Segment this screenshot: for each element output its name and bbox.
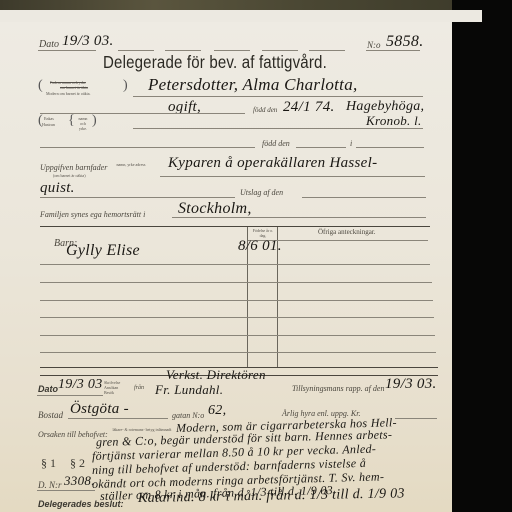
- blank-line: [309, 50, 345, 51]
- spouse-label-name: namn och yrke.: [76, 116, 90, 131]
- spouse-born-label: född den: [262, 139, 290, 148]
- blank-line: [40, 147, 255, 148]
- table-row: [40, 300, 433, 301]
- born-date: 24/1 74.: [283, 99, 335, 116]
- spouse-label: Hustrun: [42, 122, 55, 127]
- birthplace-county: Kronob. l.: [366, 113, 422, 129]
- inspector-report-date: 19/3 03.: [385, 376, 437, 393]
- number-label: N:o: [367, 40, 381, 50]
- child-name: Gylly Elise: [66, 242, 140, 260]
- paper-edge: [0, 10, 482, 22]
- dato-value: 19/3 03.: [62, 33, 114, 50]
- residence-label: Familjen synes ega hemortsrätt i: [40, 210, 145, 219]
- table-row: [40, 264, 430, 265]
- child-born: 8/6 01.: [238, 238, 282, 255]
- father-value-cont: quist.: [40, 180, 75, 197]
- reason-label-paren: läkare- & rotemans- betyg inlämnadt: [112, 427, 172, 432]
- spouse-place-label: i: [350, 139, 352, 148]
- blank-line: [40, 197, 235, 198]
- utslag-label: Utslag af den: [240, 188, 283, 197]
- street-no-label: gatan N:o: [172, 411, 204, 420]
- letter-type-label: Skrifvelse Ansökan Besök: [104, 380, 126, 395]
- paragraph-1: § 1: [41, 456, 56, 471]
- father-label-note: (om barnet är oäkta): [53, 173, 86, 178]
- mother-label: Modern om barnet är oäkta.: [46, 91, 91, 96]
- blank-line: [214, 50, 250, 51]
- father-value: Kyparen å operakällaren Hassel-: [168, 155, 377, 172]
- dnr-value: 3308.: [64, 473, 95, 489]
- lower-dato-value: 19/3 03: [58, 377, 103, 393]
- table-row: [40, 282, 432, 283]
- blank-line: [356, 147, 424, 148]
- number-value: 5858.: [386, 33, 424, 51]
- father-underline: [160, 176, 425, 177]
- spouse-label: Enkas: [44, 116, 54, 121]
- from-label: från: [134, 385, 144, 391]
- from-value-1: Verkst. Direktören: [166, 367, 266, 383]
- residence-underline: [172, 217, 426, 218]
- blank-line: [118, 50, 154, 51]
- lower-dato-label: Dato: [38, 384, 58, 394]
- col-header-notes: Öfriga anteckningar.: [318, 228, 376, 236]
- blank-line: [296, 147, 346, 148]
- residence-value: Stockholm,: [178, 200, 252, 218]
- mother-name: Petersdotter, Alma Charlotta,: [148, 75, 358, 95]
- name-underline: [133, 96, 423, 97]
- dato-label: Dato: [39, 39, 59, 50]
- table-row: [40, 317, 434, 318]
- decision-label: Delegerades beslut:: [38, 499, 124, 509]
- dnr-underline: [37, 490, 95, 491]
- dnr-label: D. N:r: [38, 480, 62, 490]
- col-header-birth: Födelse år o. dag.: [250, 228, 276, 238]
- blank-line: [133, 128, 423, 129]
- inspector-report-label: Tillsyningsmans rapp. af den: [292, 384, 384, 393]
- paragraph-2: § 2: [70, 456, 85, 471]
- paren-close: ): [92, 113, 97, 129]
- table-top-rule: [40, 226, 430, 227]
- paren-close: ): [123, 78, 128, 94]
- document-title: Delegerade för bev. af fattigvård.: [103, 52, 327, 73]
- paren-open: (: [38, 78, 43, 94]
- born-label: född den: [253, 106, 277, 114]
- rent-underline: [395, 418, 437, 419]
- from-value-2: Fr. Lundahl.: [155, 382, 223, 398]
- table-row: [40, 352, 436, 353]
- table-row: [40, 335, 435, 336]
- brace: {: [68, 113, 75, 129]
- address-underline: [68, 418, 168, 419]
- father-label-paren: namn, yrke adress: [116, 162, 146, 167]
- blank-line: [165, 50, 201, 51]
- address-label: Bostad: [38, 410, 63, 420]
- blank-line: [262, 50, 298, 51]
- address-street: Östgöta -: [70, 401, 129, 418]
- struck-label: om barnet är äkta: [60, 85, 88, 90]
- father-label: Uppgifven barnfader: [40, 163, 107, 172]
- dato-underline: [38, 50, 96, 51]
- background-dark: [452, 0, 512, 512]
- number-underline: [366, 50, 420, 51]
- blank-line: [302, 197, 426, 198]
- street-no-value: 62,: [208, 403, 226, 419]
- dato-underline: [37, 395, 103, 396]
